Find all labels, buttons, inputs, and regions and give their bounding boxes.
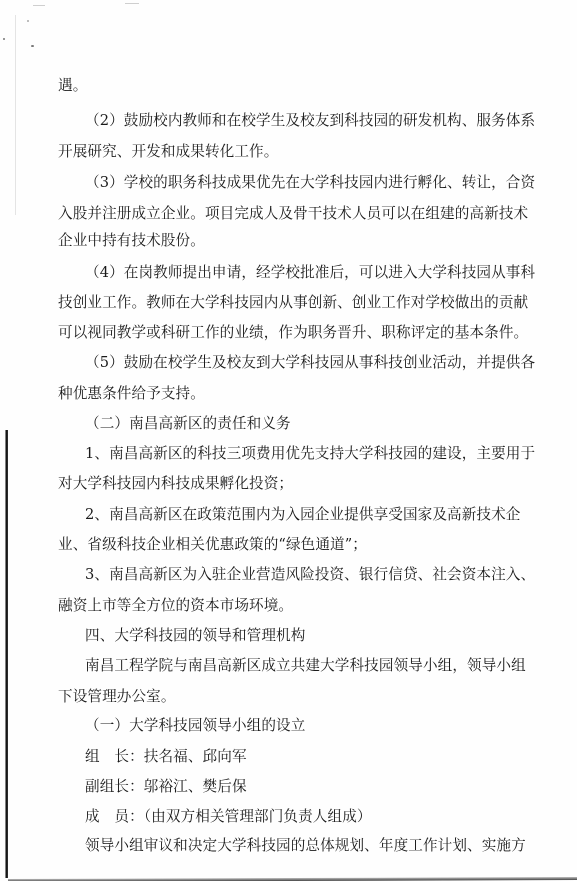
text-line: 副组长：邬裕江、樊后保	[85, 777, 247, 797]
text-line: （5）鼓励在校学生及校友到大学科技园从事科技创业活动，并提供各	[85, 353, 535, 373]
text-line: 对大学科技园内科技成果孵化投资；	[58, 474, 293, 494]
text-line: 下设管理办公室。	[58, 687, 176, 707]
text-line: （4）在岗教师提出申请，经学校批准后，可以进入大学科技园从事科	[85, 263, 535, 283]
text-line: 开展研究、开发和成果转化工作。	[58, 142, 278, 162]
text-line: （2）鼓励校内教师和在校学生及校友到科技园的研发机构、服务体系	[85, 111, 535, 131]
text-line: 组 长：扶名福、邱向军	[85, 747, 247, 767]
scan-speck	[27, 20, 29, 22]
scan-speck	[3, 38, 5, 40]
text-line: 南昌工程学院与南昌高新区成立共建大学科技园领导小组，领导小组	[85, 656, 526, 676]
scan-edge	[8, 877, 577, 881]
scan-edge	[15, 15, 16, 215]
text-line: 业、省级科技企业相关优惠政策的“绿色通道”；	[58, 535, 367, 555]
text-line: 遇。	[58, 76, 87, 96]
scanned-page: 遇。 （2）鼓励校内教师和在校学生及校友到科技园的研发机构、服务体系 开展研究、…	[0, 0, 577, 881]
text-line: 融资上市等全方位的资本市场环境。	[58, 596, 293, 616]
text-line: 2、南昌高新区在政策范围内为入园企业提供享受国家及高新技术企	[85, 505, 521, 525]
text-line: 种优惠条件给予支持。	[58, 384, 205, 404]
scan-mark	[125, 3, 139, 4]
text-line: 成 员：（由双方相关管理部门负责人组成）	[85, 807, 372, 827]
scan-mark	[33, 5, 45, 6]
section-heading: （一）大学科技园领导小组的设立	[85, 716, 305, 736]
section-heading: 四、大学科技园的领导和管理机构	[85, 626, 305, 646]
text-line: （3）学校的职务科技成果优先在大学科技园内进行孵化、转让，合资	[85, 173, 535, 193]
scan-edge	[5, 430, 8, 878]
text-line: 企业中持有技术股份。	[58, 231, 205, 251]
scan-speck	[31, 45, 34, 47]
text-line: 可以视同教学或科研工作的业绩，作为职务晋升、职称评定的基本条件。	[58, 323, 528, 343]
text-line: 1、南昌高新区的科技三项费用优先支持大学科技园的建设，主要用于	[85, 444, 535, 464]
text-line: 领导小组审议和决定大学科技园的总体规划、年度工作计划、实施方	[85, 836, 526, 856]
section-heading: （二）南昌高新区的责任和义务	[85, 414, 291, 434]
text-line: 技创业工作。教师在大学科技园内从事创新、创业工作对学校做出的贡献	[58, 293, 528, 313]
text-line: 3、南昌高新区为入驻企业营造风险投资、银行信贷、社会资本注入、	[85, 565, 535, 585]
text-line: 入股并注册成立企业。项目完成人及骨干技术人员可以在组建的高新技术	[58, 204, 528, 224]
